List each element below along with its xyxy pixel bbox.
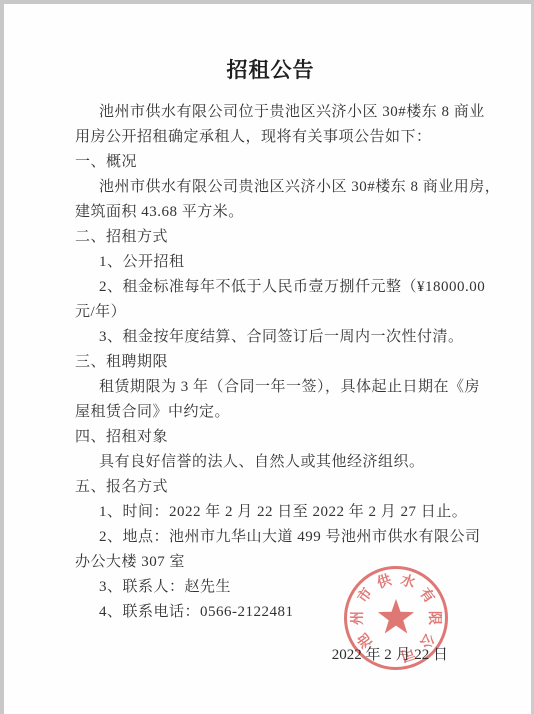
- document-line: 五、报名方式: [75, 475, 475, 500]
- document-line: 池州市供水有限公司位于贵池区兴济小区 30#楼东 8 商业: [75, 100, 475, 125]
- document-date: 2022 年 2 月 22 日: [332, 645, 448, 665]
- document-line: 建筑面积 43.68 平方米。: [75, 200, 475, 225]
- seal-char: 有: [416, 586, 436, 606]
- document-line: 租赁期限为 3 年（合同一年一签），具体起止日期在《房: [75, 375, 475, 400]
- document-line: 池州市供水有限公司贵池区兴济小区 30#楼东 8 商业用房，: [75, 175, 475, 200]
- document-line: 用房公开招租确定承租人，现将有关事项公告如下：: [75, 125, 475, 150]
- document-line: 1、公开招租: [75, 250, 475, 275]
- document-title: 招租公告: [75, 58, 466, 83]
- document-line: 2、租金标准每年不低于人民币壹万捌仟元整（¥18000.00: [75, 275, 475, 300]
- document-line: 2、地点：池州市九华山大道 499 号池州市供水有限公司: [75, 525, 475, 550]
- seal-char: 市: [356, 586, 376, 606]
- seal-char: 水: [399, 574, 417, 592]
- seal-char: 州: [352, 611, 366, 625]
- seal-char: 限: [426, 611, 440, 625]
- document-line: 屋租赁合同》中约定。: [75, 400, 475, 425]
- document-line: 四、招租对象: [75, 425, 475, 450]
- document-line: 三、租聘期限: [75, 350, 475, 375]
- scanned-document-page: 招租公告 池州市供水有限公司位于贵池区兴济小区 30#楼东 8 商业用房公开招租…: [0, 0, 534, 714]
- document-line: 3、租金按年度结算、合同签订后一周内一次性付清。: [75, 325, 475, 350]
- document-line: 元/年）: [75, 300, 475, 325]
- document-line: 二、招租方式: [75, 225, 475, 250]
- document-body: 池州市供水有限公司位于贵池区兴济小区 30#楼东 8 商业用房公开招租确定承租人…: [75, 100, 475, 625]
- seal-char: 供: [376, 574, 394, 592]
- document-line: 一、概况: [75, 150, 475, 175]
- document-line: 1、时间：2022 年 2 月 22 日至 2022 年 2 月 27 日止。: [75, 500, 475, 525]
- document-line: 具有良好信誉的法人、自然人或其他经济组织。: [75, 450, 475, 475]
